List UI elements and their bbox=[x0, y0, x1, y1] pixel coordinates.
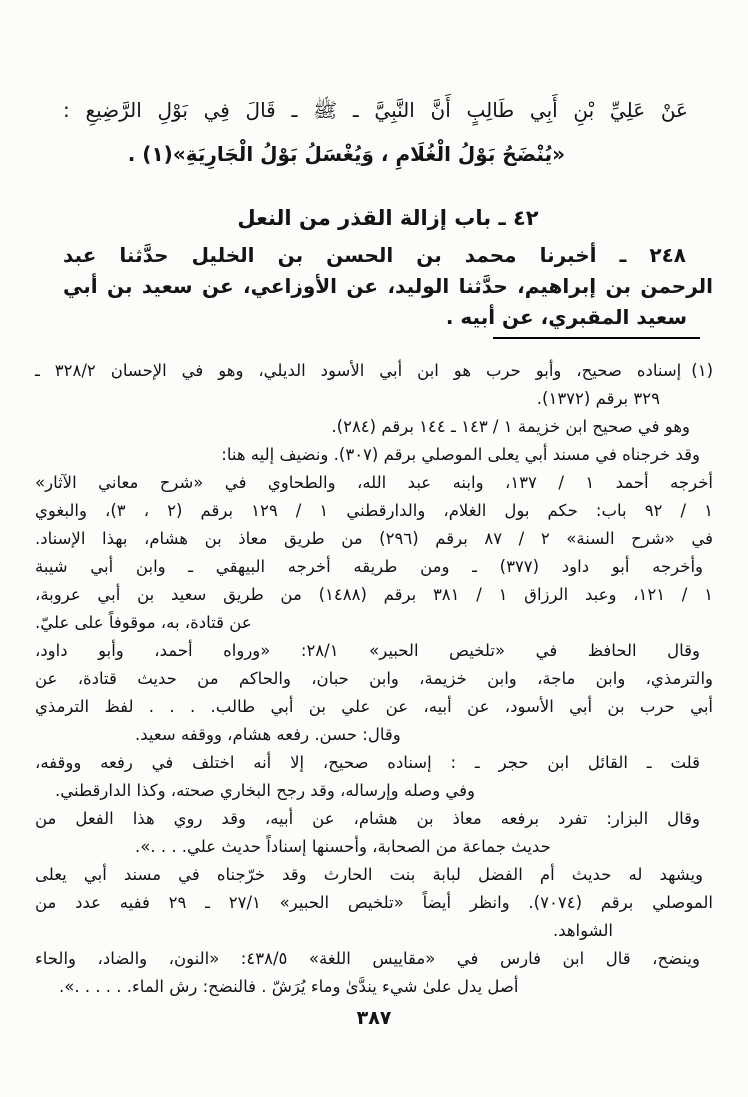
footnote-line: في «شرح السنة» ٢ / ٨٧ برقم (٢٩٦) من طريق… bbox=[35, 525, 713, 553]
footnote-line: وقال: حسن. رفعه هشام، ووقفه سعيد. bbox=[35, 721, 713, 749]
footnote-line: وقال الحافظ في «تلخيص الحبير» ٢٨/١: «ورو… bbox=[35, 637, 713, 665]
footnote-line: ٣٢٩ برقم (١٣٧٢). bbox=[35, 385, 713, 413]
footnote-line: وهو في صحيح ابن خزيمة ١ / ١٤٣ ـ ١٤٤ برقم… bbox=[35, 413, 713, 441]
footnote-separator bbox=[493, 337, 700, 339]
footnote-line: الموصلي برقم (٧٠٧٤). وانظر أيضاً «تلخيص … bbox=[35, 889, 713, 917]
footnote-first-line: (١)إسناده صحيح، وأبو حرب هو ابن أبي الأس… bbox=[35, 357, 713, 385]
hadith-248-line: الرحمن بن إبراهيم، حدَّثنا الوليد، عن ال… bbox=[63, 271, 713, 302]
footnote-line: وقد خرجناه في مسند أبي يعلى الموصلي برقم… bbox=[35, 441, 713, 469]
footnote-line: وقال البزار: تفرد برفعه معاذ بن هشام، عن… bbox=[35, 805, 713, 833]
footnote-line: حديث جماعة من الصحابة، وأحسنها إسناداً ح… bbox=[35, 833, 713, 861]
footnote-marker: (١) bbox=[681, 361, 713, 380]
footnote-line: ويشهد له حديث أم الفضل لبابة بنت الحارث … bbox=[35, 861, 713, 889]
hadith-248-line: ٢٤٨ ـ أخبرنا محمد بن الحسن بن الخليل حدَ… bbox=[63, 240, 713, 271]
hadith-248-line: سعيد المقبري، عن أبيه . bbox=[63, 302, 713, 333]
footnote-line: الشواهد. bbox=[35, 917, 713, 945]
footnote-line: وفي وصله وإرساله، وقد رجح البخاري صحته، … bbox=[35, 777, 713, 805]
footnote-line-text: إسناده صحيح، وأبو حرب هو ابن أبي الأسود … bbox=[35, 361, 681, 380]
chapter-heading: ٤٢ ـ باب إزالة القذر من النعل bbox=[63, 200, 713, 236]
book-page: عَنْ عَلِيِّ بْنِ أَبِي طَالِبٍ أَنَّ ال… bbox=[0, 0, 748, 1097]
footnote-line: ١ / ١٢١، وعبد الرزاق ١ / ٣٨١ برقم (١٤٨٨)… bbox=[35, 581, 713, 609]
hadith-isnad-line: عَنْ عَلِيِّ بْنِ أَبِي طَالِبٍ أَنَّ ال… bbox=[63, 88, 713, 132]
footnote-line: وأخرجه أبو داود (٣٧٧) ـ ومن طريقه أخرجه … bbox=[35, 553, 713, 581]
footnote-line: قلت ـ القائل ابن حجر ـ : إسناده صحيح، إل… bbox=[35, 749, 713, 777]
page-number: ٣٨٧ bbox=[35, 1005, 713, 1031]
footnote-line: والترمذي، وابن ماجة، وابن خزيمة، وابن حب… bbox=[35, 665, 713, 693]
footnote-line: أبي حرب بن أبي الأسود، عن أبيه، عن علي ب… bbox=[35, 693, 713, 721]
footnote-line: ١ / ٩٢ باب: حكم بول الغلام، والدارقطني ١… bbox=[35, 497, 713, 525]
footnote-line: أصل يدل علىٰ شيء يندَّىٰ وماء يُرَشّ . ف… bbox=[35, 973, 713, 1001]
footnote-block: (١)إسناده صحيح، وأبو حرب هو ابن أبي الأس… bbox=[35, 357, 713, 1001]
hadith-matn-line: «يُنْضَحُ بَوْلُ الْغُلَامِ ، وَيُغْسَلُ… bbox=[63, 132, 713, 176]
footnote-line: أخرجه أحمد ١ / ١٣٧، وابنه عبد الله، والط… bbox=[35, 469, 713, 497]
footnote-line: عن قتادة، به، موقوفاً على عليّ. bbox=[35, 609, 713, 637]
main-text-block: عَنْ عَلِيِّ بْنِ أَبِي طَالِبٍ أَنَّ ال… bbox=[63, 88, 713, 333]
footnote-line: وينضح، قال ابن فارس في «مقاييس اللغة» ٤٣… bbox=[35, 945, 713, 973]
